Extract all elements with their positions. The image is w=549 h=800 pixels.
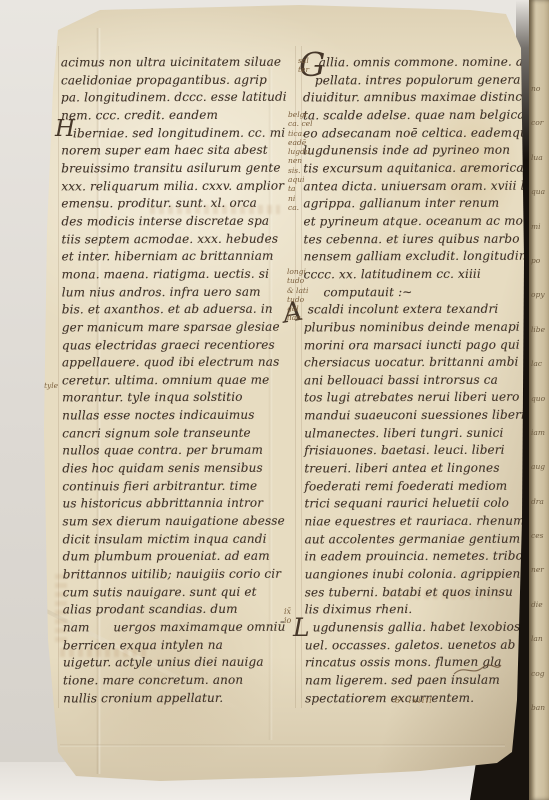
gloss-line: io: [284, 616, 291, 625]
manuscript-text-line: us historicus abbrittannia intror: [62, 495, 300, 513]
edge-text-fragment: dra: [529, 497, 549, 531]
edge-text-fragment: po: [529, 256, 549, 290]
manuscript-text-line: cancri signum sole transeunte: [62, 424, 300, 442]
manuscript-text-line: dies hoc quidam senis mensibus: [62, 460, 300, 478]
manuscript-text-line: caelidoniae propagantibus. agrip: [61, 71, 299, 89]
manuscript-text-line: emensu. proditur. sunt. xl. orca: [61, 195, 299, 213]
manuscript-text-line: tes cebenna. et iures quibus narbo: [303, 230, 527, 248]
manuscript-text-line: allia. omnis commone. nomine. ap: [303, 54, 527, 72]
manuscript-text-line: ugdunensis gallia. habet lexobios: [305, 619, 529, 637]
manuscript-text-line: pellata. intres populorum genera: [303, 71, 527, 89]
manuscript-text-line: diuiditur. amnibus maximae distinc: [303, 89, 527, 107]
gloss-line: lugdu: [288, 147, 312, 156]
manuscript-text-line: tiis septem acmodae. xxx. hebudes: [61, 230, 299, 248]
manuscript-text-line: quas electridas graeci recentiores: [62, 336, 300, 354]
manuscript-text-line: eo adsecanam noē celtica. eademque: [303, 124, 527, 142]
gloss-line: eadē: [288, 138, 312, 147]
gloss-line: ca.: [288, 203, 312, 212]
manuscript-text-line: uangiones inubi colonia. agrippien: [305, 566, 529, 584]
manuscript-text-line: uel. occasses. galetos. uenetos ab: [305, 636, 529, 654]
parchment-crease: [60, 744, 505, 747]
gloss-line: & lati: [287, 286, 308, 295]
manuscript-text-line: lis diximus rheni.: [305, 601, 529, 619]
manuscript-text-line: dicit insulam mictim inqua candi: [63, 530, 301, 548]
initial-l: L: [293, 615, 310, 640]
manuscript-text-line: acimus non ultra uicinitatem siluae: [61, 54, 299, 72]
edge-text-fragment: die: [529, 600, 549, 634]
manuscript-text-line: ulmanectes. liberi tungri. sunici: [304, 424, 528, 442]
gloss-line: longi: [287, 267, 308, 276]
manuscript-text-line: morini ora marsaci iuncti pago qui: [304, 336, 528, 354]
manuscript-text-line: tos lugi atrebates nerui liberi uero: [304, 389, 528, 407]
gloss-line: nen: [288, 156, 312, 165]
manuscript-text-line: treueri. liberi antea et lingones: [304, 460, 528, 478]
manuscript-text-line: breuissimo transitu asilurum gente: [61, 160, 299, 178]
manuscript-text-line: nensem galliam excludit. longitudinē: [304, 248, 528, 266]
manuscript-text-line: alias prodant scandias. dum: [63, 601, 301, 619]
manuscript-text-line: pluribus nominibus deinde menapi: [304, 318, 528, 336]
manuscript-text-line: xxx. reliquarum milia. cxxv. amplior: [61, 177, 299, 195]
edge-text-fragment: ner: [529, 565, 549, 599]
gloss-line: sal: [298, 56, 309, 65]
manuscript-text-line: agrippa. gallianum inter renum: [303, 195, 527, 213]
manuscript-text-line: lum nius andros. infra uero sam: [62, 283, 300, 301]
gloss-line: ix̄: [284, 607, 291, 616]
edge-text-fragment: cor: [529, 118, 549, 152]
pen-flourish: [452, 662, 504, 678]
gloss-line: liae.: [287, 313, 308, 322]
manuscript-text-line: tis excursum aquitanica. aremorica: [303, 160, 527, 178]
quire-signature: ·6· lxiiii: [391, 696, 433, 706]
edge-text-fragment: quo: [529, 394, 549, 428]
manuscript-text-line: bis. et axanthos. et ab aduersa. in: [62, 301, 300, 319]
edge-text-fragment: ban: [529, 703, 549, 737]
manuscript-text-line: in eadem prouincia. nemetes. triboci: [305, 548, 529, 566]
manuscript-text-line: cccc. xx. latitudinem cc. xiiii: [304, 265, 528, 283]
gutter-gloss-gaul-parts: belgica. celtica.eadēlugdunensis.aquitan…: [288, 110, 312, 212]
gloss-line: tica.: [288, 129, 312, 138]
gloss-line: belgi: [288, 110, 312, 119]
manuscript-text-line: chersiacus uocatur. brittanni ambi: [304, 354, 528, 372]
manuscript-text-line: nullas esse noctes indicauimus: [62, 407, 300, 425]
manuscript-text-line: frisiauones. baetasi. leuci. liberi: [304, 442, 528, 460]
manuscript-text-line: niae equestres et rauriaca. rhenum: [304, 513, 528, 531]
gloss-line: ter: [298, 65, 309, 74]
manuscript-text-line: mona. maena. riatigma. uectis. si: [62, 265, 300, 283]
edge-text-fragment: qua: [529, 187, 549, 221]
manuscript-text-line: et inter. hiberniam ac brittanniam: [62, 248, 300, 266]
ruling-line: [58, 46, 59, 708]
edge-text-fragment: aug: [529, 462, 549, 496]
manuscript-text-line: aut accolentes germaniae gentium: [305, 530, 529, 548]
gloss-line: gal: [287, 304, 308, 313]
edge-text-fragment: iam: [529, 428, 549, 462]
manuscript-text-line: continuis fieri arbitrantur. time: [62, 477, 300, 495]
manuscript-text-line: brittannos uitilib; nauigiis corio cir: [63, 566, 301, 584]
manuscript-text-line: ta. scalde adelse. quae nam belgica. ab: [303, 107, 527, 125]
manuscript-text-line: dum plumbum proueniat. ad eam: [63, 548, 301, 566]
margin-gloss-thule: tyle: [44, 381, 58, 390]
edge-text-fragment: lua: [529, 153, 549, 187]
manuscript-text-line: nullis cronium appellatur.: [63, 689, 301, 707]
manuscript-text-line: lugdunensis inde ad pyrineo mon: [303, 142, 527, 160]
gloss-line: ni: [288, 194, 312, 203]
edge-text-fragment: no: [529, 84, 549, 118]
edge-text-fragment: ces: [529, 531, 549, 565]
gloss-line: ta: [288, 184, 312, 193]
manuscript-text-line: ceretur. ultima. omnium quae me: [62, 371, 300, 389]
edge-text-fragment: lac: [529, 359, 549, 393]
manuscript-text-line: sum sex dierum nauigatione abesse: [62, 513, 300, 531]
manuscript-text-line: iberniae. sed longitudinem. cc. mi: [61, 124, 299, 142]
manuscript-text-line: nullos quae contra. per brumam: [62, 442, 300, 460]
edge-text-fragments: nocorluaquamipoopylibelacquoiamaugdraces…: [529, 84, 549, 737]
manuscript-text-line: ger manicum mare sparsae glesiae: [62, 318, 300, 336]
manuscript-text-line: ses tuberni. batabi et quos ininsu: [305, 583, 529, 601]
manuscript-text-line: nem. ccc. credit. eandem: [61, 107, 299, 125]
manuscript-text-line: antea dicta. uniuersam oram. xviii l: [303, 177, 527, 195]
manuscript-leaf: acimus non ultra uicinitatem siluaecaeli…: [0, 0, 549, 800]
gutter-gloss-top: salter: [298, 56, 309, 75]
right-text-column: allia. omnis commone. nomine. ap pellata…: [303, 54, 529, 708]
gloss-line: sis.: [288, 166, 312, 175]
manuscript-text-line: et pyrineum atque. oceanum ac mon: [303, 213, 527, 231]
manuscript-text-line: berricen exqua intylen na: [63, 636, 301, 654]
initial-h: H: [55, 118, 75, 141]
manuscript-text-line: ani bellouaci bassi introrsus ca: [304, 371, 528, 389]
manuscript-text-line: pa. longitudinem. dccc. esse latitudi: [61, 89, 299, 107]
gloss-line: aqui: [288, 175, 312, 184]
manuscript-text-line: uigetur. actyle unius diei nauiga: [63, 654, 301, 672]
photo-background: nocorluaquamipoopylibelacquoiamaugdraces…: [0, 0, 549, 800]
manuscript-text-line: tione. mare concretum. anon: [63, 672, 301, 690]
left-text-column: acimus non ultra uicinitatem siluaecaeli…: [61, 54, 301, 708]
edge-text-fragment: opy: [529, 290, 549, 324]
edge-text-fragment: lan: [529, 634, 549, 668]
gloss-line: tudo: [287, 295, 308, 304]
manuscript-text-line: cum sutis nauigare. sunt qui et: [63, 583, 301, 601]
next-leaf-fore-edge: nocorluaquamipoopylibelacquoiamaugdraces…: [529, 0, 549, 800]
gutter-gloss-dimensions: longitudo& latitudogalliae.: [287, 267, 308, 323]
manuscript-text-line: nam uergos maximamque omniū: [63, 619, 301, 637]
manuscript-text-line: morantur. tyle inqua solstitio: [62, 389, 300, 407]
gutter-chapter-number: ix̄io: [284, 607, 291, 626]
manuscript-text-line: appellauere. quod ibi electrum nas: [62, 354, 300, 372]
manuscript-text-line: foederati remi foederati mediom: [304, 477, 528, 495]
edge-text-fragment: libe: [529, 325, 549, 359]
gloss-line: ca. cel: [288, 119, 312, 128]
edge-text-fragment: cog: [529, 669, 549, 703]
manuscript-text-line: des modicis interse discretae spa: [61, 212, 299, 230]
manuscript-text-line: trici sequani raurici heluetii colo: [304, 495, 528, 513]
edge-text-fragment: mi: [529, 222, 549, 256]
manuscript-text-line: scaldi incolunt extera texandri: [304, 301, 528, 319]
manuscript-text-line: mandui suaeuconi suessiones liberi: [304, 407, 528, 425]
gloss-line: tudo: [287, 276, 308, 285]
manuscript-text-line: norem super eam haec sita abest: [61, 142, 299, 160]
manuscript-text-line: computauit :~: [304, 283, 528, 301]
